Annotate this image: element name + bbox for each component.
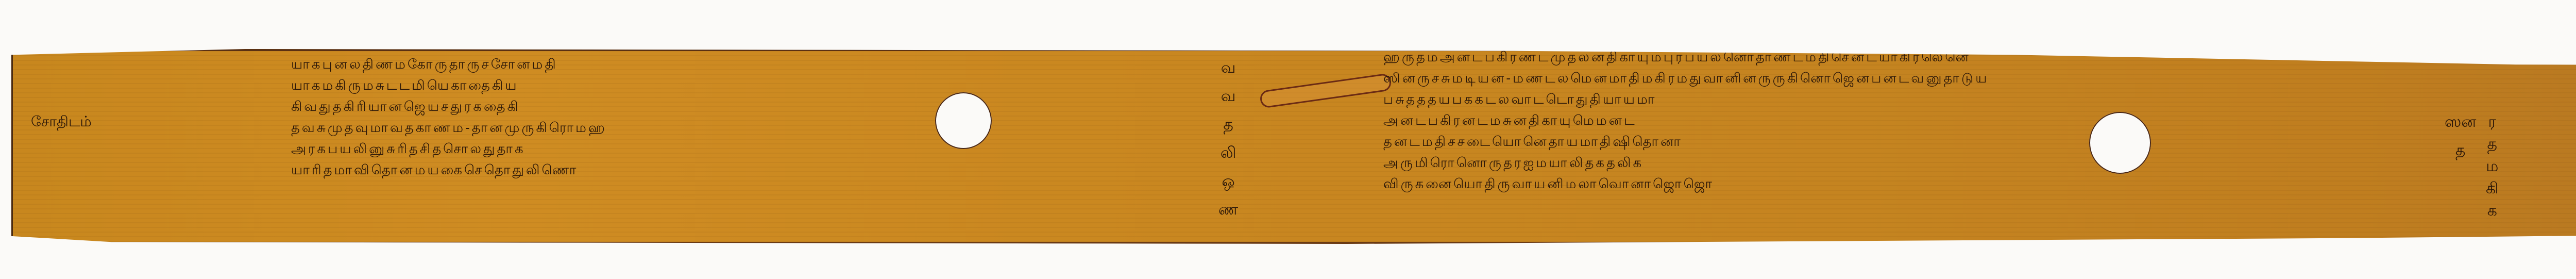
glyph: வ	[1221, 59, 1236, 79]
text-line: யாகமகிருமசுடடமியெகாதைகிய	[291, 75, 607, 96]
text-line: அருமிரொனொருதரஐமயாலிதகதலிக	[1383, 153, 1989, 174]
margin-title-label: சோதிடம்	[31, 113, 92, 132]
right-column-glyphs-a: ஸன த	[2445, 113, 2476, 161]
palm-leaf-manuscript: சோதிடம் யாகபுனலதிணமகோருதாருசசோனமதி யாகமக…	[11, 49, 2576, 244]
glyph: ர	[2488, 113, 2497, 133]
glyph: ம	[2486, 157, 2498, 177]
text-line: ஸினருசசுமடியன-மணடலமெனமாதிமகிரமதுவானினருர…	[1383, 68, 1989, 89]
glyph: த	[2455, 141, 2466, 161]
text-line: தவசுமுதவுமாவதகாணம-தானமுருகிரொமஹ	[291, 118, 607, 139]
glyph: ண	[1218, 201, 1238, 221]
glyph: வ	[1221, 87, 1236, 107]
text-line: அனடபகிரனடமசுனதிகாயுமெமனட	[1383, 110, 1989, 132]
glyph: க	[2487, 202, 2497, 222]
text-line: ஹருதமஅனடபகிரணடமுதலனதிகாயுமபுரபயலனொதாணடமத…	[1383, 47, 1989, 68]
text-line: கிவதுதகிரியானஜெயசதுரகதைகி	[291, 96, 607, 118]
text-line: தனடமதிசசடையொனெதாயமாதிஷிதொனா	[1383, 132, 1989, 153]
binding-hole-left	[935, 92, 992, 149]
glyph: ஸன	[2445, 113, 2476, 133]
glyph: லி	[1221, 144, 1236, 164]
binding-hole-right	[2089, 112, 2151, 174]
text-line: யாகபுனலதிணமகோருதாருசசோனமதி	[291, 54, 607, 75]
glyph: த	[2487, 135, 2498, 155]
text-line: அரகபயலினுசுரிதசிதசொலதுதாக	[291, 139, 607, 160]
middle-margin-glyphs: வ வ த லி ஒ ண	[1218, 59, 1238, 221]
ink-stroke-mark	[1259, 73, 1392, 108]
glyph: த	[1223, 116, 1233, 136]
glyph: கி	[2486, 179, 2499, 200]
text-line: விருகனையொதிருவாயனிமலாவொனாஜொஜொ	[1383, 174, 1989, 195]
glyph: ஒ	[1222, 172, 1235, 192]
text-line: யாரிதமாவிதொனமயகைசெதொதுலிணொ	[291, 160, 607, 181]
right-column-glyphs-b: ர த ம கி க	[2486, 113, 2499, 222]
text-line: பசுதததயபககடலவாடடொதுதியாயமா	[1383, 89, 1989, 110]
left-text-block: யாகபுனலதிணமகோருதாருசசோனமதி யாகமகிருமசுடட…	[291, 54, 607, 181]
right-text-block: ஹருதமஅனடபகிரணடமுதலனதிகாயுமபுரபயலனொதாணடமத…	[1383, 47, 1989, 195]
